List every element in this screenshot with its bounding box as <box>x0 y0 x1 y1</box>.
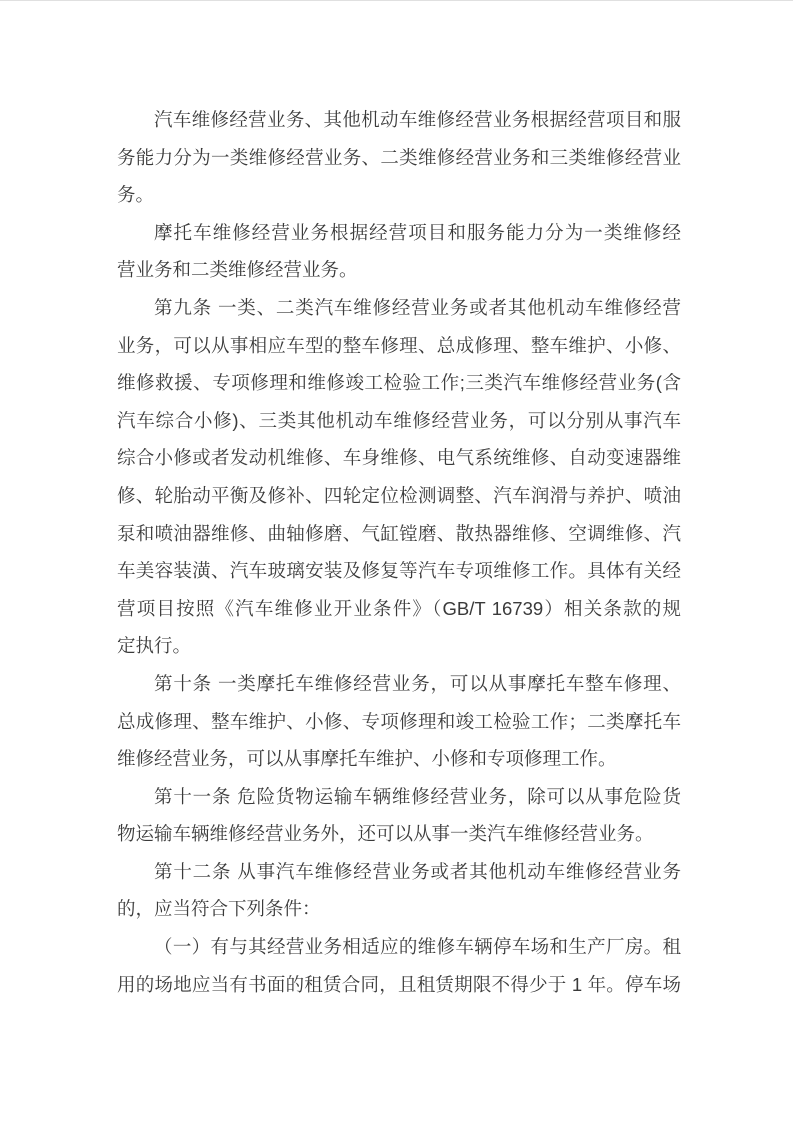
document-line: 第九条 一类、二类汽车维修经营业务或者其他机动车维修经营 <box>117 289 681 327</box>
document-line: 物运输车辆维修经营业务外，还可以从事一类汽车维修经营业务。 <box>117 815 681 853</box>
document-line: 营项目按照《汽车维修业开业条件》（GB/T 16739）相关条款的规 <box>117 590 681 628</box>
paragraph: 汽车维修经营业务、其他机动车维修经营业务根据经营项目和服 务能力分为一类维修经营… <box>117 101 681 214</box>
paragraph: 摩托车维修经营业务根据经营项目和服务能力分为一类维修经 营业务和二类维修经营业务… <box>117 214 681 289</box>
document-line: 车美容装潢、汽车玻璃安装及修复等汽车专项维修工作。具体有关经 <box>117 552 681 590</box>
document-line: 第十二条 从事汽车维修经营业务或者其他机动车维修经营业务 <box>117 853 681 891</box>
document-line: 维修救援、专项修理和维修竣工检验工作;三类汽车维修经营业务(含 <box>117 364 681 402</box>
document-line: 摩托车维修经营业务根据经营项目和服务能力分为一类维修经 <box>117 214 681 252</box>
document-line: 第十一条 危险货物运输车辆维修经营业务，除可以从事危险货 <box>117 778 681 816</box>
document-line: 业务，可以从事相应车型的整车修理、总成修理、整车维护、小修、 <box>117 327 681 365</box>
document-line: 务能力分为一类维修经营业务、二类维修经营业务和三类维修经营业 <box>117 139 681 177</box>
document-line: 用的场地应当有书面的租赁合同，且租赁期限不得少于 1 年。停车场 <box>117 966 681 1004</box>
document-line: 汽车综合小修)、三类其他机动车维修经营业务，可以分别从事汽车 <box>117 402 681 440</box>
document-line: 定执行。 <box>117 627 681 665</box>
page-top-border <box>0 0 793 1</box>
document-line: 汽车维修经营业务、其他机动车维修经营业务根据经营项目和服 <box>117 101 681 139</box>
document-line: 营业务和二类维修经营业务。 <box>117 251 681 289</box>
paragraph: 第十二条 从事汽车维修经营业务或者其他机动车维修经营业务 的，应当符合下列条件： <box>117 853 681 928</box>
paragraph: 第十条 一类摩托车维修经营业务，可以从事摩托车整车修理、 总成修理、整车维护、小… <box>117 665 681 778</box>
document-line: 泵和喷油器维修、曲轴修磨、气缸镗磨、散热器维修、空调维修、汽 <box>117 515 681 553</box>
document-line: 综合小修或者发动机维修、车身维修、电气系统维修、自动变速器维 <box>117 439 681 477</box>
paragraph: （一）有与其经营业务相适应的维修车辆停车场和生产厂房。租 用的场地应当有书面的租… <box>117 928 681 1003</box>
paragraph: 第九条 一类、二类汽车维修经营业务或者其他机动车维修经营 业务，可以从事相应车型… <box>117 289 681 665</box>
document-line: 第十条 一类摩托车维修经营业务，可以从事摩托车整车修理、 <box>117 665 681 703</box>
document-page: 汽车维修经营业务、其他机动车维修经营业务根据经营项目和服 务能力分为一类维修经营… <box>0 0 793 1122</box>
document-line: 总成修理、整车维护、小修、专项修理和竣工检验工作；二类摩托车 <box>117 703 681 741</box>
document-line: 修、轮胎动平衡及修补、四轮定位检测调整、汽车润滑与养护、喷油 <box>117 477 681 515</box>
paragraph: 第十一条 危险货物运输车辆维修经营业务，除可以从事危险货 物运输车辆维修经营业务… <box>117 778 681 853</box>
document-line: 务。 <box>117 176 681 214</box>
document-line: 维修经营业务，可以从事摩托车维护、小修和专项修理工作。 <box>117 740 681 778</box>
document-body: 汽车维修经营业务、其他机动车维修经营业务根据经营项目和服 务能力分为一类维修经营… <box>117 101 681 1003</box>
document-line: 的，应当符合下列条件： <box>117 890 681 928</box>
document-line: （一）有与其经营业务相适应的维修车辆停车场和生产厂房。租 <box>117 928 681 966</box>
